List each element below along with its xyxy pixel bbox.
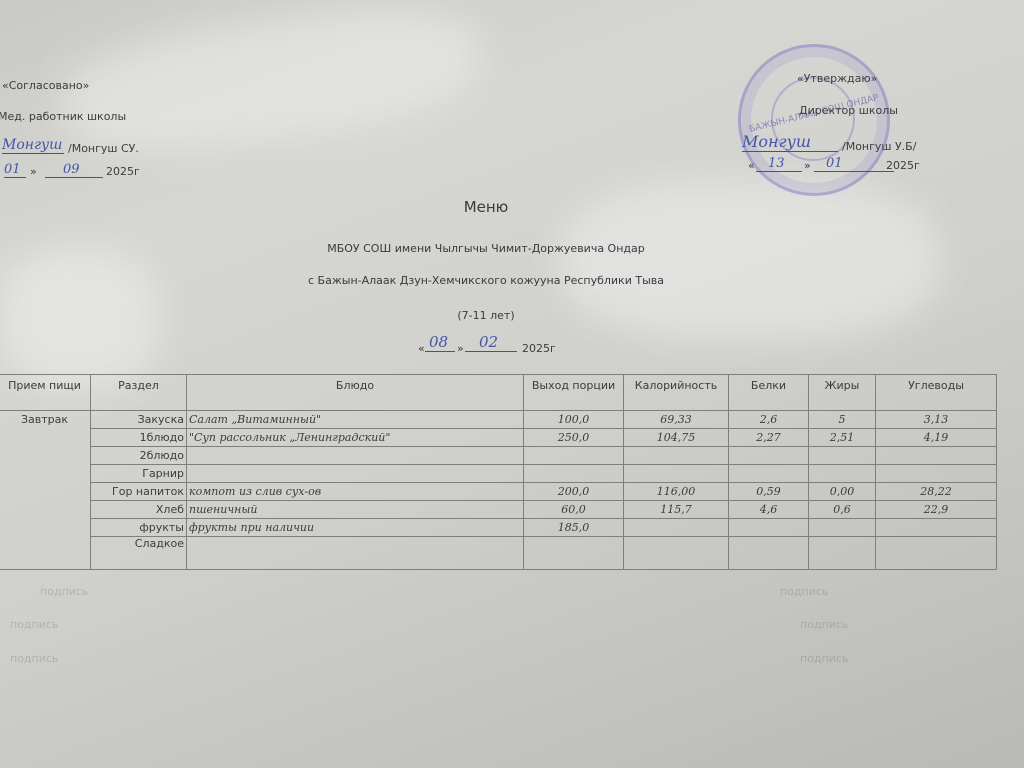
fat-cell: 5 <box>809 411 876 429</box>
carbs-cell: 22,9 <box>876 501 997 519</box>
portion-cell <box>524 465 624 483</box>
menu-date-month: 02 <box>465 333 517 352</box>
portion-cell: 100,0 <box>524 411 624 429</box>
protein-cell <box>729 519 809 537</box>
menu-date-day: 08 <box>425 333 455 352</box>
fat-cell <box>809 447 876 465</box>
section-cell: 1блюдо <box>91 429 187 447</box>
section-cell: 2блюдо <box>91 447 187 465</box>
carbs-cell <box>876 537 997 570</box>
right-approval-day: 13 <box>756 156 802 172</box>
portion-cell: 60,0 <box>524 501 624 519</box>
fat-cell <box>809 465 876 483</box>
section-cell: Хлеб <box>91 501 187 519</box>
carbs-cell <box>876 519 997 537</box>
right-approval-position: Директор школы <box>799 104 898 117</box>
right-approval-name: /Монгуш У.Б/ <box>842 140 916 153</box>
section-cell: Сладкое <box>91 537 187 570</box>
left-approval-year: 2025г <box>106 165 140 178</box>
protein-cell: 2,6 <box>729 411 809 429</box>
dish-cell: "Суп рассольник „Ленинградский" <box>187 429 524 447</box>
protein-cell <box>729 465 809 483</box>
calories-cell <box>624 447 729 465</box>
fat-cell: 0,6 <box>809 501 876 519</box>
left-approval-month: 09 <box>45 162 103 178</box>
portion-cell <box>524 447 624 465</box>
dish-cell: Салат „Витаминный" <box>187 411 524 429</box>
age-group: (7-11 лет) <box>0 309 972 322</box>
right-approval-date-open: « <box>748 159 755 172</box>
fat-cell: 2,51 <box>809 429 876 447</box>
table-row: Гор напитоккомпот из слив сух-ов200,0116… <box>0 483 997 501</box>
table-row: ЗавтракЗакускаСалат „Витаминный"100,069,… <box>0 411 997 429</box>
col-header-section: Раздел <box>91 375 187 411</box>
portion-cell: 200,0 <box>524 483 624 501</box>
calories-cell <box>624 519 729 537</box>
table-row: Гарнир <box>0 465 997 483</box>
calories-cell <box>624 465 729 483</box>
portion-cell <box>524 537 624 570</box>
right-approval-signature: Монгуш <box>742 132 838 152</box>
carbs-cell: 28,22 <box>876 483 997 501</box>
dish-cell <box>187 537 524 570</box>
dish-cell: компот из слив сух-ов <box>187 483 524 501</box>
menu-table: Прием пищи Раздел Блюдо Выход порции Кал… <box>0 374 997 570</box>
col-header-fat: Жиры <box>809 375 876 411</box>
school-location: с Бажын-Алаак Дзун-Хемчикского кожууна Р… <box>0 274 972 287</box>
menu-title: Меню <box>0 198 972 216</box>
section-cell: фрукты <box>91 519 187 537</box>
fat-cell: 0,00 <box>809 483 876 501</box>
left-approval-day: 01 <box>4 162 26 178</box>
section-cell: Закуска <box>91 411 187 429</box>
table-row: 1блюдо"Суп рассольник „Ленинградский"250… <box>0 429 997 447</box>
meal-cell: Завтрак <box>0 411 91 570</box>
calories-cell: 116,00 <box>624 483 729 501</box>
left-approval-name: /Монгуш СУ. <box>68 142 139 155</box>
calories-cell: 104,75 <box>624 429 729 447</box>
left-approval-position: Мед. работник школы <box>0 110 126 123</box>
table-header-row: Прием пищи Раздел Блюдо Выход порции Кал… <box>0 375 997 411</box>
protein-cell: 2,27 <box>729 429 809 447</box>
dish-cell: пшеничный <box>187 501 524 519</box>
table-row: Сладкое <box>0 537 997 570</box>
left-approval-heading: «Согласовано» <box>2 79 89 92</box>
table-row: Хлебпшеничный60,0115,74,60,622,9 <box>0 501 997 519</box>
right-approval-date-sep: » <box>804 159 811 172</box>
portion-cell: 185,0 <box>524 519 624 537</box>
protein-cell: 4,6 <box>729 501 809 519</box>
dish-cell <box>187 447 524 465</box>
calories-cell: 69,33 <box>624 411 729 429</box>
carbs-cell <box>876 447 997 465</box>
carbs-cell: 3,13 <box>876 411 997 429</box>
dish-cell: фрукты при наличии <box>187 519 524 537</box>
carbs-cell: 4,19 <box>876 429 997 447</box>
school-stamp: БАЖЫН-АЛААК СОШ ОНДАР <box>738 44 890 196</box>
col-header-meal: Прием пищи <box>0 375 91 411</box>
menu-date-year: 2025г <box>522 342 556 355</box>
right-approval-month: 01 <box>814 156 894 172</box>
carbs-cell <box>876 465 997 483</box>
right-approval-year: 2025г <box>886 159 920 172</box>
section-cell: Гарнир <box>91 465 187 483</box>
left-approval-date-sep: » <box>30 165 37 178</box>
portion-cell: 250,0 <box>524 429 624 447</box>
col-header-calories: Калорийность <box>624 375 729 411</box>
calories-cell <box>624 537 729 570</box>
dish-cell <box>187 465 524 483</box>
col-header-portion: Выход порции <box>524 375 624 411</box>
school-name: МБОУ СОШ имени Чылгычы Чимит-Доржуевича … <box>0 242 972 255</box>
calories-cell: 115,7 <box>624 501 729 519</box>
protein-cell <box>729 447 809 465</box>
fat-cell <box>809 519 876 537</box>
fat-cell <box>809 537 876 570</box>
left-approval-signature: Монгуш <box>2 137 64 154</box>
col-header-dish: Блюдо <box>187 375 524 411</box>
col-header-protein: Белки <box>729 375 809 411</box>
table-row: фруктыфрукты при наличии185,0 <box>0 519 997 537</box>
section-cell: Гор напиток <box>91 483 187 501</box>
table-row: 2блюдо <box>0 447 997 465</box>
protein-cell <box>729 537 809 570</box>
protein-cell: 0,59 <box>729 483 809 501</box>
right-approval-heading: «Утверждаю» <box>797 72 877 85</box>
col-header-carbs: Углеводы <box>876 375 997 411</box>
